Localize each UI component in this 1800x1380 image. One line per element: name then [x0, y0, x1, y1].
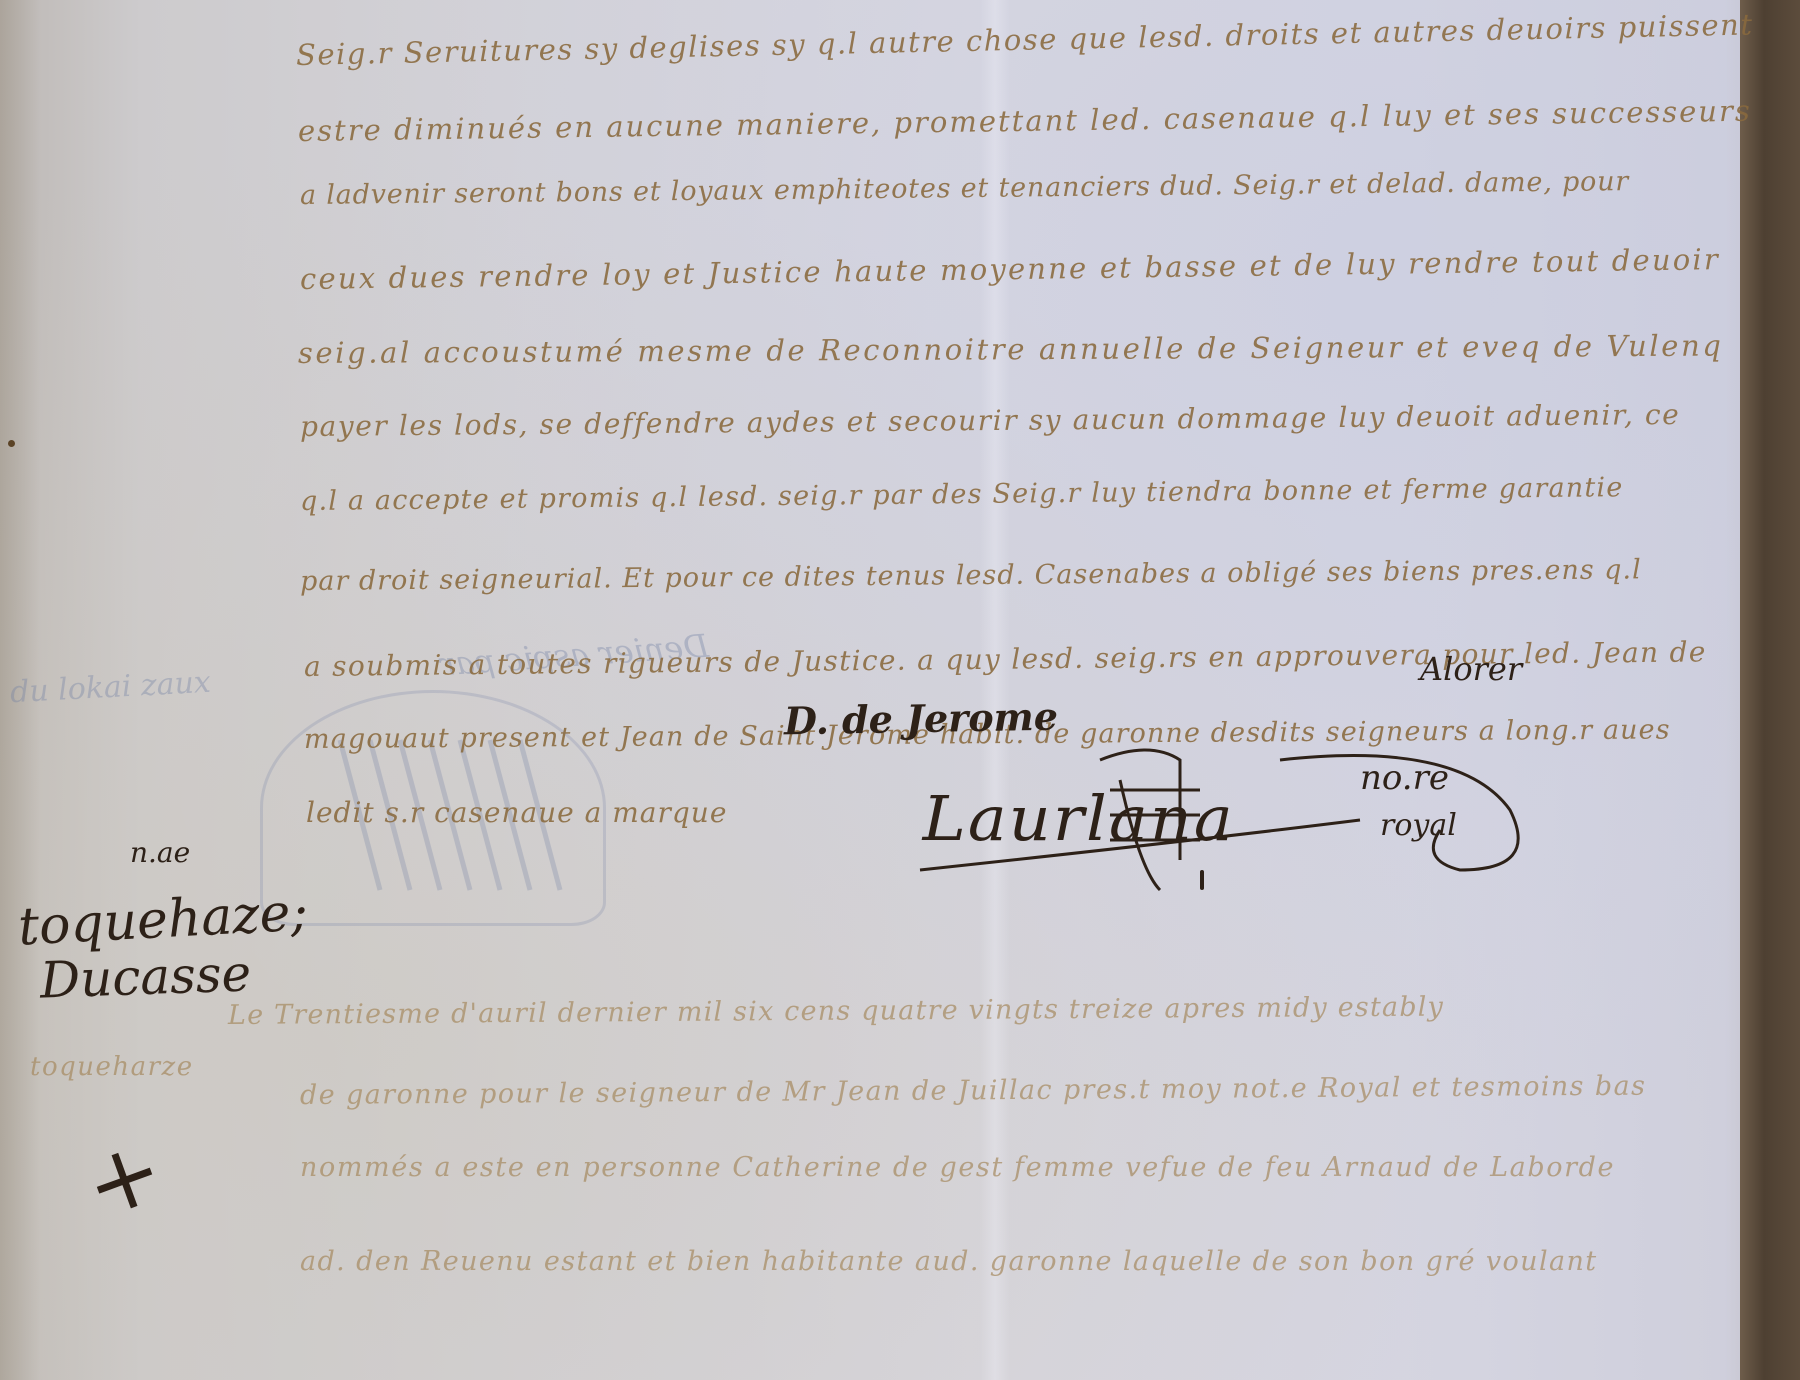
page-edge-shadow: [1740, 0, 1800, 1380]
notary-title-1: no.re: [1360, 758, 1449, 798]
manuscript-line-11: ledit s.r casenaue a marque: [306, 796, 727, 829]
second-act-line-3: nommés a este en personne Catherine de g…: [300, 1152, 1615, 1183]
ink-dot: [8, 440, 15, 447]
notary-overline-text: Alorer: [1420, 650, 1522, 688]
notary-title-2: royal: [1380, 808, 1457, 843]
second-act-line-4: ad. den Reuenu estant et bien habitante …: [300, 1246, 1598, 1277]
ink-dot: [1200, 870, 1204, 890]
margin-superscript: n.ae: [130, 836, 190, 869]
notary-paraph-flourish: [900, 720, 1620, 920]
margin-name-ducasse: Ducasse: [39, 944, 252, 1009]
margin-faint-note: toqueharze: [30, 1052, 194, 1082]
